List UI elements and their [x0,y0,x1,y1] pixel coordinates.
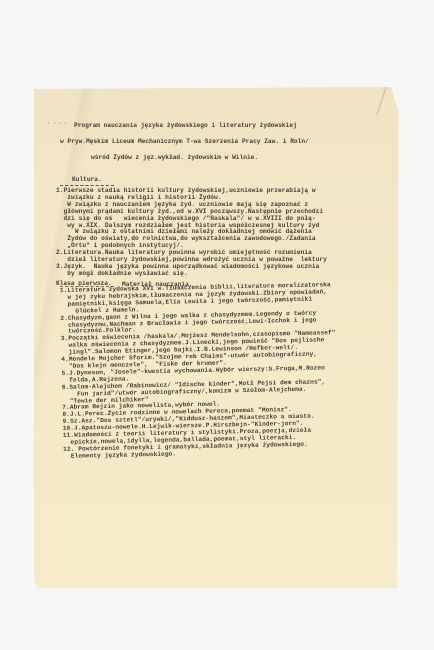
class-one-list: 1.Literatura żydowska XVI w.Tłumaczenia … [56,282,338,460]
header-line-2: w Pryw.Męskim Liceum Mechanicznym T-wa S… [60,138,309,145]
culture-paragraphs: 1.Pierwsze stadia historii kultury żydow… [56,188,327,278]
section-heading-culture: Kultura. [72,176,102,183]
margin-marks: ···· [47,120,69,127]
text-line: by mógł dokładnie wysławiać się. [56,271,327,278]
header-line-3: wśród Żydów z jęz.wykład. żydowskim w Wi… [91,154,258,161]
header-line-1: Program nauczania języka żydowskiego i l… [74,122,297,129]
heading-underline [60,185,114,186]
